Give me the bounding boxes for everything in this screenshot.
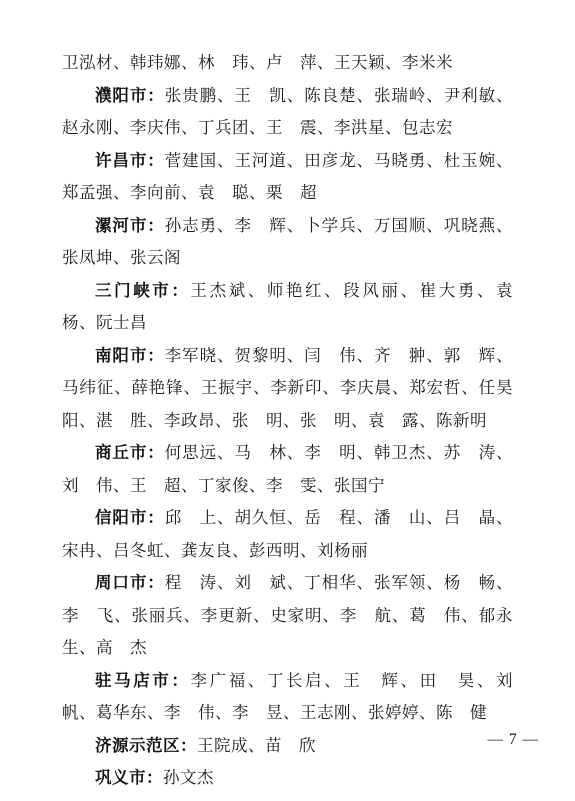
section-zhoukou: 周口市：程 涛、刘 斌、丁相华、张军领、杨 畅、李 飞、张丽兵、李更新、史家明、… xyxy=(62,567,513,665)
city-label: 驻马店市： xyxy=(95,672,190,690)
section-xinyang: 信阳市：邱 上、胡久恒、岳 程、潘 山、吕 晶、宋冉、吕冬虹、龚友良、彭西明、刘… xyxy=(62,502,513,567)
city-label: 三门峡市： xyxy=(95,282,190,300)
section-puyang: 濮阳市：张贵鹏、王 凯、陈良楚、张瑞岭、尹利敏、赵永刚、李庆伟、丁兵团、王 震、… xyxy=(62,80,513,145)
names-text: 孙文杰 xyxy=(163,768,214,787)
city-label: 巩义市： xyxy=(95,769,163,787)
city-label: 商丘市： xyxy=(95,444,165,462)
city-label: 南阳市： xyxy=(95,347,165,365)
city-label: 濮阳市： xyxy=(95,87,165,105)
names-text: 卫泓材、韩玮娜、林 玮、卢 萍、王天颖、李米米 xyxy=(62,53,453,72)
page-number: — 7 — xyxy=(488,731,540,749)
name-list-continuation: 卫泓材、韩玮娜、林 玮、卢 萍、王天颖、李米米 xyxy=(62,47,513,80)
city-label: 漯河市： xyxy=(95,217,165,235)
section-sanmenxia: 三门峡市：王杰斌、师艳红、段风丽、崔大勇、袁 杨、阮士昌 xyxy=(62,275,513,340)
section-luohe: 漯河市：孙志勇、李 辉、卜学兵、万国顺、巩晓燕、张凤坤、张云阁 xyxy=(62,210,513,275)
section-shangqiu: 商丘市：何思远、马 林、李 明、韩卫杰、苏 涛、刘 伟、王 超、丁家俊、李 雯、… xyxy=(62,437,513,502)
section-zhumadian: 驻马店市：李广福、丁长启、王 辉、田 昊、刘 帆、葛华东、李 伟、李 昱、王志刚… xyxy=(62,665,513,730)
section-xuchang: 许昌市：菅建国、王河道、田彦龙、马晓勇、杜玉婉、郑孟强、李向前、袁 聪、栗 超 xyxy=(62,145,513,210)
city-label: 信阳市： xyxy=(95,509,165,527)
section-nanyang: 南阳市：李军晓、贺黎明、闫 伟、齐 翀、郭 辉、马纬征、薛艳锋、王振宇、李新印、… xyxy=(62,340,513,438)
section-gongyi: 巩义市：孙文杰 xyxy=(62,762,513,795)
document-body: 卫泓材、韩玮娜、林 玮、卢 萍、王天颖、李米米 濮阳市：张贵鹏、王 凯、陈良楚、… xyxy=(62,47,513,795)
section-jiyuan: 济源示范区：王院成、苗 欣 xyxy=(62,730,513,763)
city-label: 济源示范区： xyxy=(95,737,197,755)
document-page: 卫泓材、韩玮娜、林 玮、卢 萍、王天颖、李米米 濮阳市：张贵鹏、王 凯、陈良楚、… xyxy=(0,0,575,801)
names-text: 王院成、苗 欣 xyxy=(197,736,316,755)
city-label: 周口市： xyxy=(95,574,165,592)
city-label: 许昌市： xyxy=(95,152,165,170)
